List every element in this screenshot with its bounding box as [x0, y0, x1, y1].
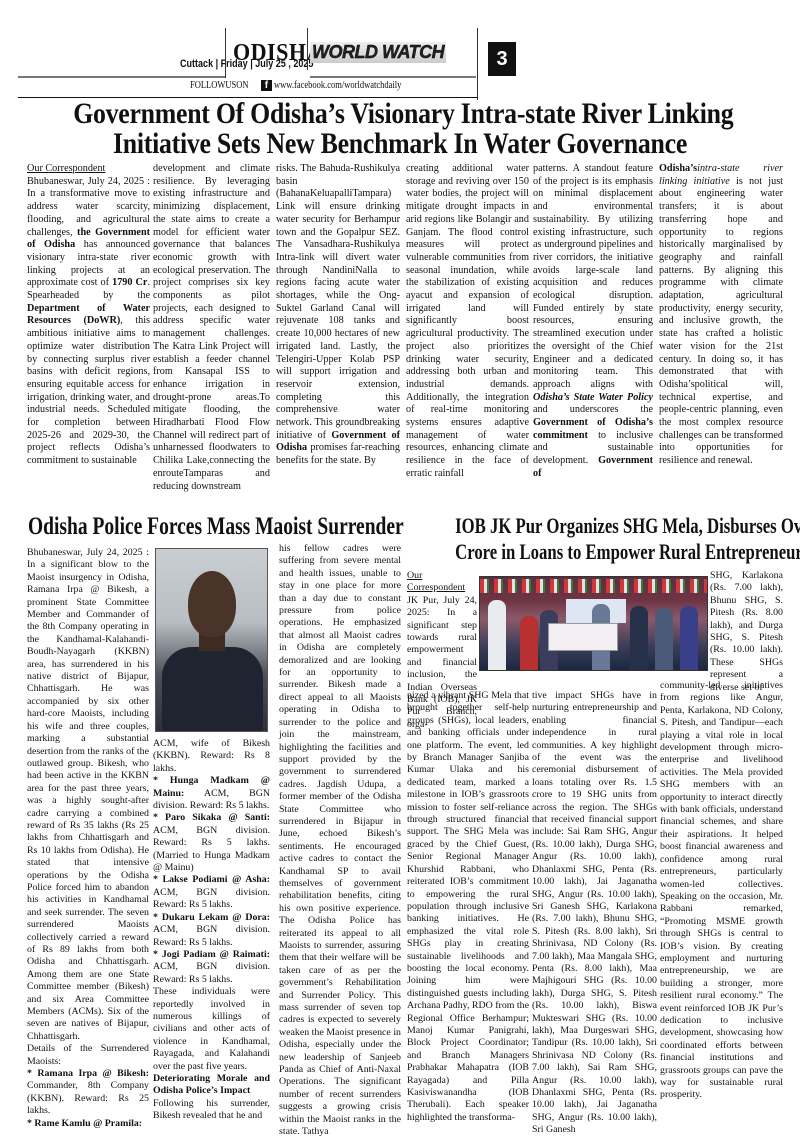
- text-run: Commander, 8th Company (KKBN). Reward: R…: [27, 1080, 149, 1116]
- rich-text: Bhubaneswar, July 24, 2025 : In a transf…: [27, 176, 150, 468]
- lead-column-6: Odisha’sintra-state river linking initia…: [659, 163, 783, 468]
- social-follow: FOLLOWUSON f www.facebook.com/worldwatch…: [190, 80, 424, 91]
- text-run: * Jogi Padiam @ Raimati:: [153, 949, 270, 960]
- byline: Our Correspondent: [27, 163, 105, 174]
- facebook-icon: f: [261, 80, 272, 91]
- iob-column-3-bottom: community-led initiatives from regions l…: [660, 680, 783, 1102]
- lead-column-3: risks. The Bahuda-Rushikulya basin (Baha…: [276, 163, 400, 468]
- byline: Our Correspondent: [407, 570, 465, 593]
- newspaper-logo: WORLD WATCH: [310, 42, 446, 63]
- text-run: and underscores the: [533, 404, 653, 415]
- headline-line: Initiative Sets New Benchmark In Water G…: [73, 129, 727, 159]
- page-number: 3: [488, 42, 516, 76]
- text-run: Following his surrender, Bikesh revealed…: [153, 1098, 270, 1121]
- headline-line: Government Of Odisha’s Visionary Intra-s…: [73, 99, 727, 129]
- shg-mela-photo: [479, 576, 708, 671]
- text-run: Details of the Surrendered Maoists:: [27, 1043, 149, 1066]
- text-run: ACM, BGN division. Reward: Rs 5 lakhs.: [153, 924, 270, 947]
- lead-column-1: Our Correspondent Bhubaneswar, July 24, …: [27, 163, 150, 468]
- police-column-1: Bhubaneswar, July 24, 2025 : In a signif…: [27, 547, 149, 1130]
- iob-headline: IOB JK Pur Organizes SHG Mela, Disburses…: [410, 513, 786, 565]
- text-run: ACM, wife of Bikesh (KKBN). Reward: Rs 8…: [153, 738, 270, 774]
- divider: [18, 76, 226, 78]
- divider: [477, 28, 478, 100]
- follow-label: FOLLOWUSON: [190, 80, 249, 91]
- police-column-2: ACM, wife of Bikesh (KKBN). Reward: Rs 8…: [153, 738, 270, 1123]
- text-run: , this ambitious initiative aims to opti…: [27, 315, 150, 466]
- headline-line: IOB JK Pur Organizes SHG Mela, Disburses…: [455, 513, 741, 539]
- text-run: ACM, BGN division. Reward: Rs 5 lakhs.: [153, 961, 270, 984]
- police-headline: Odisha Police Forces Mass Maoist Surrend…: [28, 513, 404, 541]
- text-run: Bhubaneswar, July 24, 2025 : In a signif…: [27, 547, 149, 1042]
- divider: [307, 28, 308, 70]
- headline-line: Crore in Loans to Empower Rural Entrepre…: [455, 539, 741, 565]
- text-run: ACM, BGN division. Reward: Rs 5 lakhs. (…: [153, 825, 270, 873]
- lead-column-5: patterns. A standout feature of the proj…: [533, 163, 653, 481]
- facebook-link[interactable]: www.facebook.com/worldwatchdaily: [274, 80, 401, 91]
- lead-column-4: creating additional water storage and re…: [406, 163, 529, 481]
- maoist-portrait-photo: [155, 548, 268, 732]
- iob-column-1-bottom: nized a vibrant SHG Mela that brought to…: [407, 690, 529, 1124]
- text-run: Deteriorating Morale and Odisha Police’s…: [153, 1073, 270, 1096]
- text-run: * Rame Kamlu @ Pramila:: [27, 1118, 142, 1129]
- text-run: Odisha’s: [659, 163, 697, 174]
- masthead: Cuttack | Friday | July 25 , 2025 ODISHA…: [0, 0, 800, 98]
- text-run: Odisha’s State Water Policy: [533, 392, 653, 403]
- divider: [310, 76, 476, 78]
- lead-headline: Government Of Odisha’s Visionary Intra-s…: [73, 99, 727, 159]
- iob-column-3-top: SHG, Karlakona (Rs. 7.00 lakh), Bhunu SH…: [710, 570, 783, 694]
- divider: [225, 28, 226, 78]
- text-run: ACM, BGN division. Reward: Rs 5 lakhs.: [153, 887, 270, 910]
- text-run: 1790 Cr: [112, 277, 147, 288]
- text-run: * Lakse Podiami @ Asha:: [153, 874, 270, 885]
- lead-column-2: development and climate resilience. By l…: [153, 163, 270, 493]
- police-column-3: his fellow cadres were suffering from se…: [279, 543, 401, 1139]
- text-run: risks. The Bahuda-Rushikulya basin (Baha…: [276, 163, 400, 441]
- text-run: These individuals were reportedly involv…: [153, 986, 270, 1071]
- text-run: patterns. A standout feature of the proj…: [533, 163, 653, 390]
- text-run: * Paro Sikaka @ Santi:: [153, 812, 270, 823]
- text-run: * Dukaru Lekam @ Dora:: [153, 912, 270, 923]
- iob-column-2: tive impact SHGs have in nurturing entre…: [532, 690, 657, 1137]
- text-run: * Ramana Irpa @ Bikesh:: [27, 1068, 149, 1079]
- text-run: is not just about engineering water tran…: [659, 176, 783, 466]
